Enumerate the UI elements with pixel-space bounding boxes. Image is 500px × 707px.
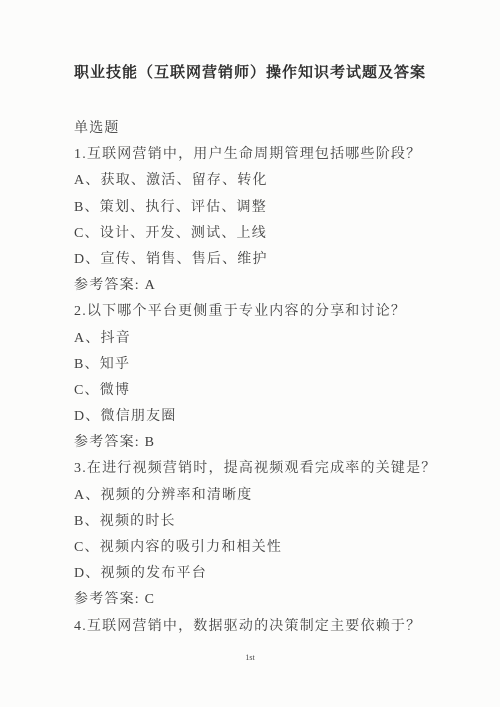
question-2-text: 2.以下哪个平台更侧重于专业内容的分享和讨论？	[74, 299, 445, 325]
question-1-option-b: B、策划、执行、评估、调整	[74, 195, 445, 221]
question-4-text: 4.互联网营销中，数据驱动的决策制定主要依赖于？	[74, 614, 445, 640]
question-3-option-d: D、视频的发布平台	[74, 561, 445, 587]
document-body: 单选题 1.互联网营销中，用户生命周期管理包括哪些阶段？ A、获取、激活、留存、…	[74, 116, 445, 640]
question-2-option-d: D、微信朋友圈	[74, 404, 445, 430]
section-heading: 单选题	[74, 116, 445, 142]
question-2-option-a: A、抖音	[74, 326, 445, 352]
question-3-text: 3.在进行视频营销时，提高视频观看完成率的关键是？	[74, 456, 445, 482]
question-1-text: 1.互联网营销中，用户生命周期管理包括哪些阶段？	[74, 142, 445, 168]
question-2-answer: 参考答案: B	[74, 430, 445, 456]
question-2-option-b: B、知乎	[74, 352, 445, 378]
question-3-option-b: B、视频的时长	[74, 509, 445, 535]
question-3-option-a: A、视频的分辨率和清晰度	[74, 483, 445, 509]
question-3-option-c: C、视频内容的吸引力和相关性	[74, 535, 445, 561]
question-1-option-a: A、获取、激活、留存、转化	[74, 168, 445, 194]
question-1-option-c: C、设计、开发、测试、上线	[74, 221, 445, 247]
document-page: 职业技能（互联网营销师）操作知识考试题及答案 单选题 1.互联网营销中，用户生命…	[0, 0, 500, 707]
question-2-option-c: C、微博	[74, 378, 445, 404]
document-title: 职业技能（互联网营销师）操作知识考试题及答案	[0, 0, 500, 83]
page-number: 1st	[0, 653, 500, 662]
question-1-answer: 参考答案: A	[74, 273, 445, 299]
question-3-answer: 参考答案: C	[74, 587, 445, 613]
question-1-option-d: D、宣传、销售、售后、维护	[74, 247, 445, 273]
